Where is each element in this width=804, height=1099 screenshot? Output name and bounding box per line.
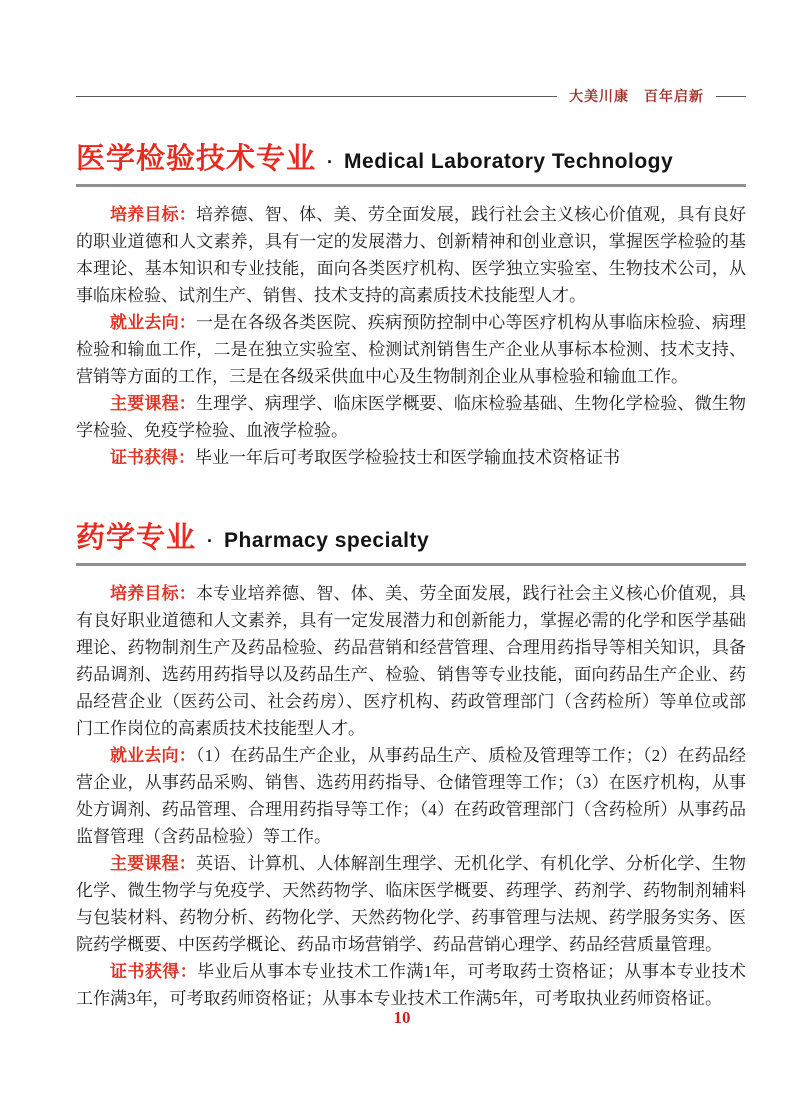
title-separator-dot: ·: [327, 152, 333, 173]
paragraph-main-courses: 主要课程：生理学、病理学、临床医学概要、临床检验基础、生物化学检验、微生物学检验…: [76, 390, 746, 444]
paragraph-label: 主要课程：: [110, 854, 196, 873]
section-title-zh: 医学检验技术专业: [76, 136, 316, 177]
paragraph-main-courses: 主要课程：英语、计算机、人体解剖生理学、无机化学、有机化学、分析化学、生物化学、…: [76, 850, 746, 958]
paragraph-label: 就业去向：: [110, 313, 196, 332]
page-number: 10: [0, 1008, 804, 1028]
paragraph-training-objectives: 培养目标：培养德、智、体、美、劳全面发展，践行社会主义核心价值观，具有良好的职业…: [76, 201, 746, 309]
paragraph-text: 毕业一年后可考取医学检验技士和医学输血技术资格证书: [195, 448, 620, 467]
section-title: 医学检验技术专业 · Medical Laboratory Technology: [76, 136, 746, 187]
paragraph-training-objectives: 培养目标：本专业培养德、智、体、美、劳全面发展，践行社会主义核心价值观，具有良好…: [76, 580, 746, 742]
section-title-en: Medical Laboratory Technology: [344, 150, 673, 174]
paragraph-label: 培养目标：: [110, 584, 196, 603]
page-content: 大美川康 百年启新 医学检验技术专业 · Medical Laboratory …: [0, 0, 804, 1012]
header-rule-right: [716, 96, 746, 97]
paragraph-certificates: 证书获得：毕业一年后可考取医学检验技士和医学输血技术资格证书: [76, 444, 746, 471]
page-header: 大美川康 百年启新: [76, 86, 746, 106]
header-rule-left: [76, 96, 557, 97]
paragraph-label: 证书获得：: [110, 962, 197, 981]
paragraph-label: 培养目标：: [110, 205, 196, 224]
section-body: 培养目标：培养德、智、体、美、劳全面发展，践行社会主义核心价值观，具有良好的职业…: [76, 201, 746, 471]
document-page: 大美川康 百年启新 医学检验技术专业 · Medical Laboratory …: [0, 0, 804, 1099]
section-medical-laboratory-technology: 医学检验技术专业 · Medical Laboratory Technology…: [76, 136, 746, 471]
section-title-zh: 药学专业: [76, 515, 196, 556]
section-pharmacy-specialty: 药学专业 · Pharmacy specialty 培养目标：本专业培养德、智、…: [76, 515, 746, 1012]
paragraph-label: 主要课程：: [110, 394, 196, 413]
section-body: 培养目标：本专业培养德、智、体、美、劳全面发展，践行社会主义核心价值观，具有良好…: [76, 580, 746, 1012]
paragraph-label: 就业去向：: [110, 746, 196, 765]
section-title-en: Pharmacy specialty: [224, 529, 429, 553]
section-title: 药学专业 · Pharmacy specialty: [76, 515, 746, 566]
paragraph-certificates: 证书获得：毕业后从事本专业技术工作满1年，可考取药士资格证；从事本专业技术工作满…: [76, 958, 746, 1012]
paragraph-text: 本专业培养德、智、体、美、劳全面发展，践行社会主义核心价值观，具有良好职业道德和…: [76, 584, 746, 738]
paragraph-employment-direction: 就业去向：（1）在药品生产企业，从事药品生产、质检及管理等工作；（2）在药品经营…: [76, 742, 746, 850]
paragraph-employment-direction: 就业去向：一是在各级各类医院、疾病预防控制中心等医疗机构从事临床检验、病理检验和…: [76, 309, 746, 390]
title-separator-dot: ·: [207, 531, 213, 552]
paragraph-label: 证书获得：: [110, 448, 195, 467]
header-motto: 大美川康 百年启新: [569, 86, 704, 106]
